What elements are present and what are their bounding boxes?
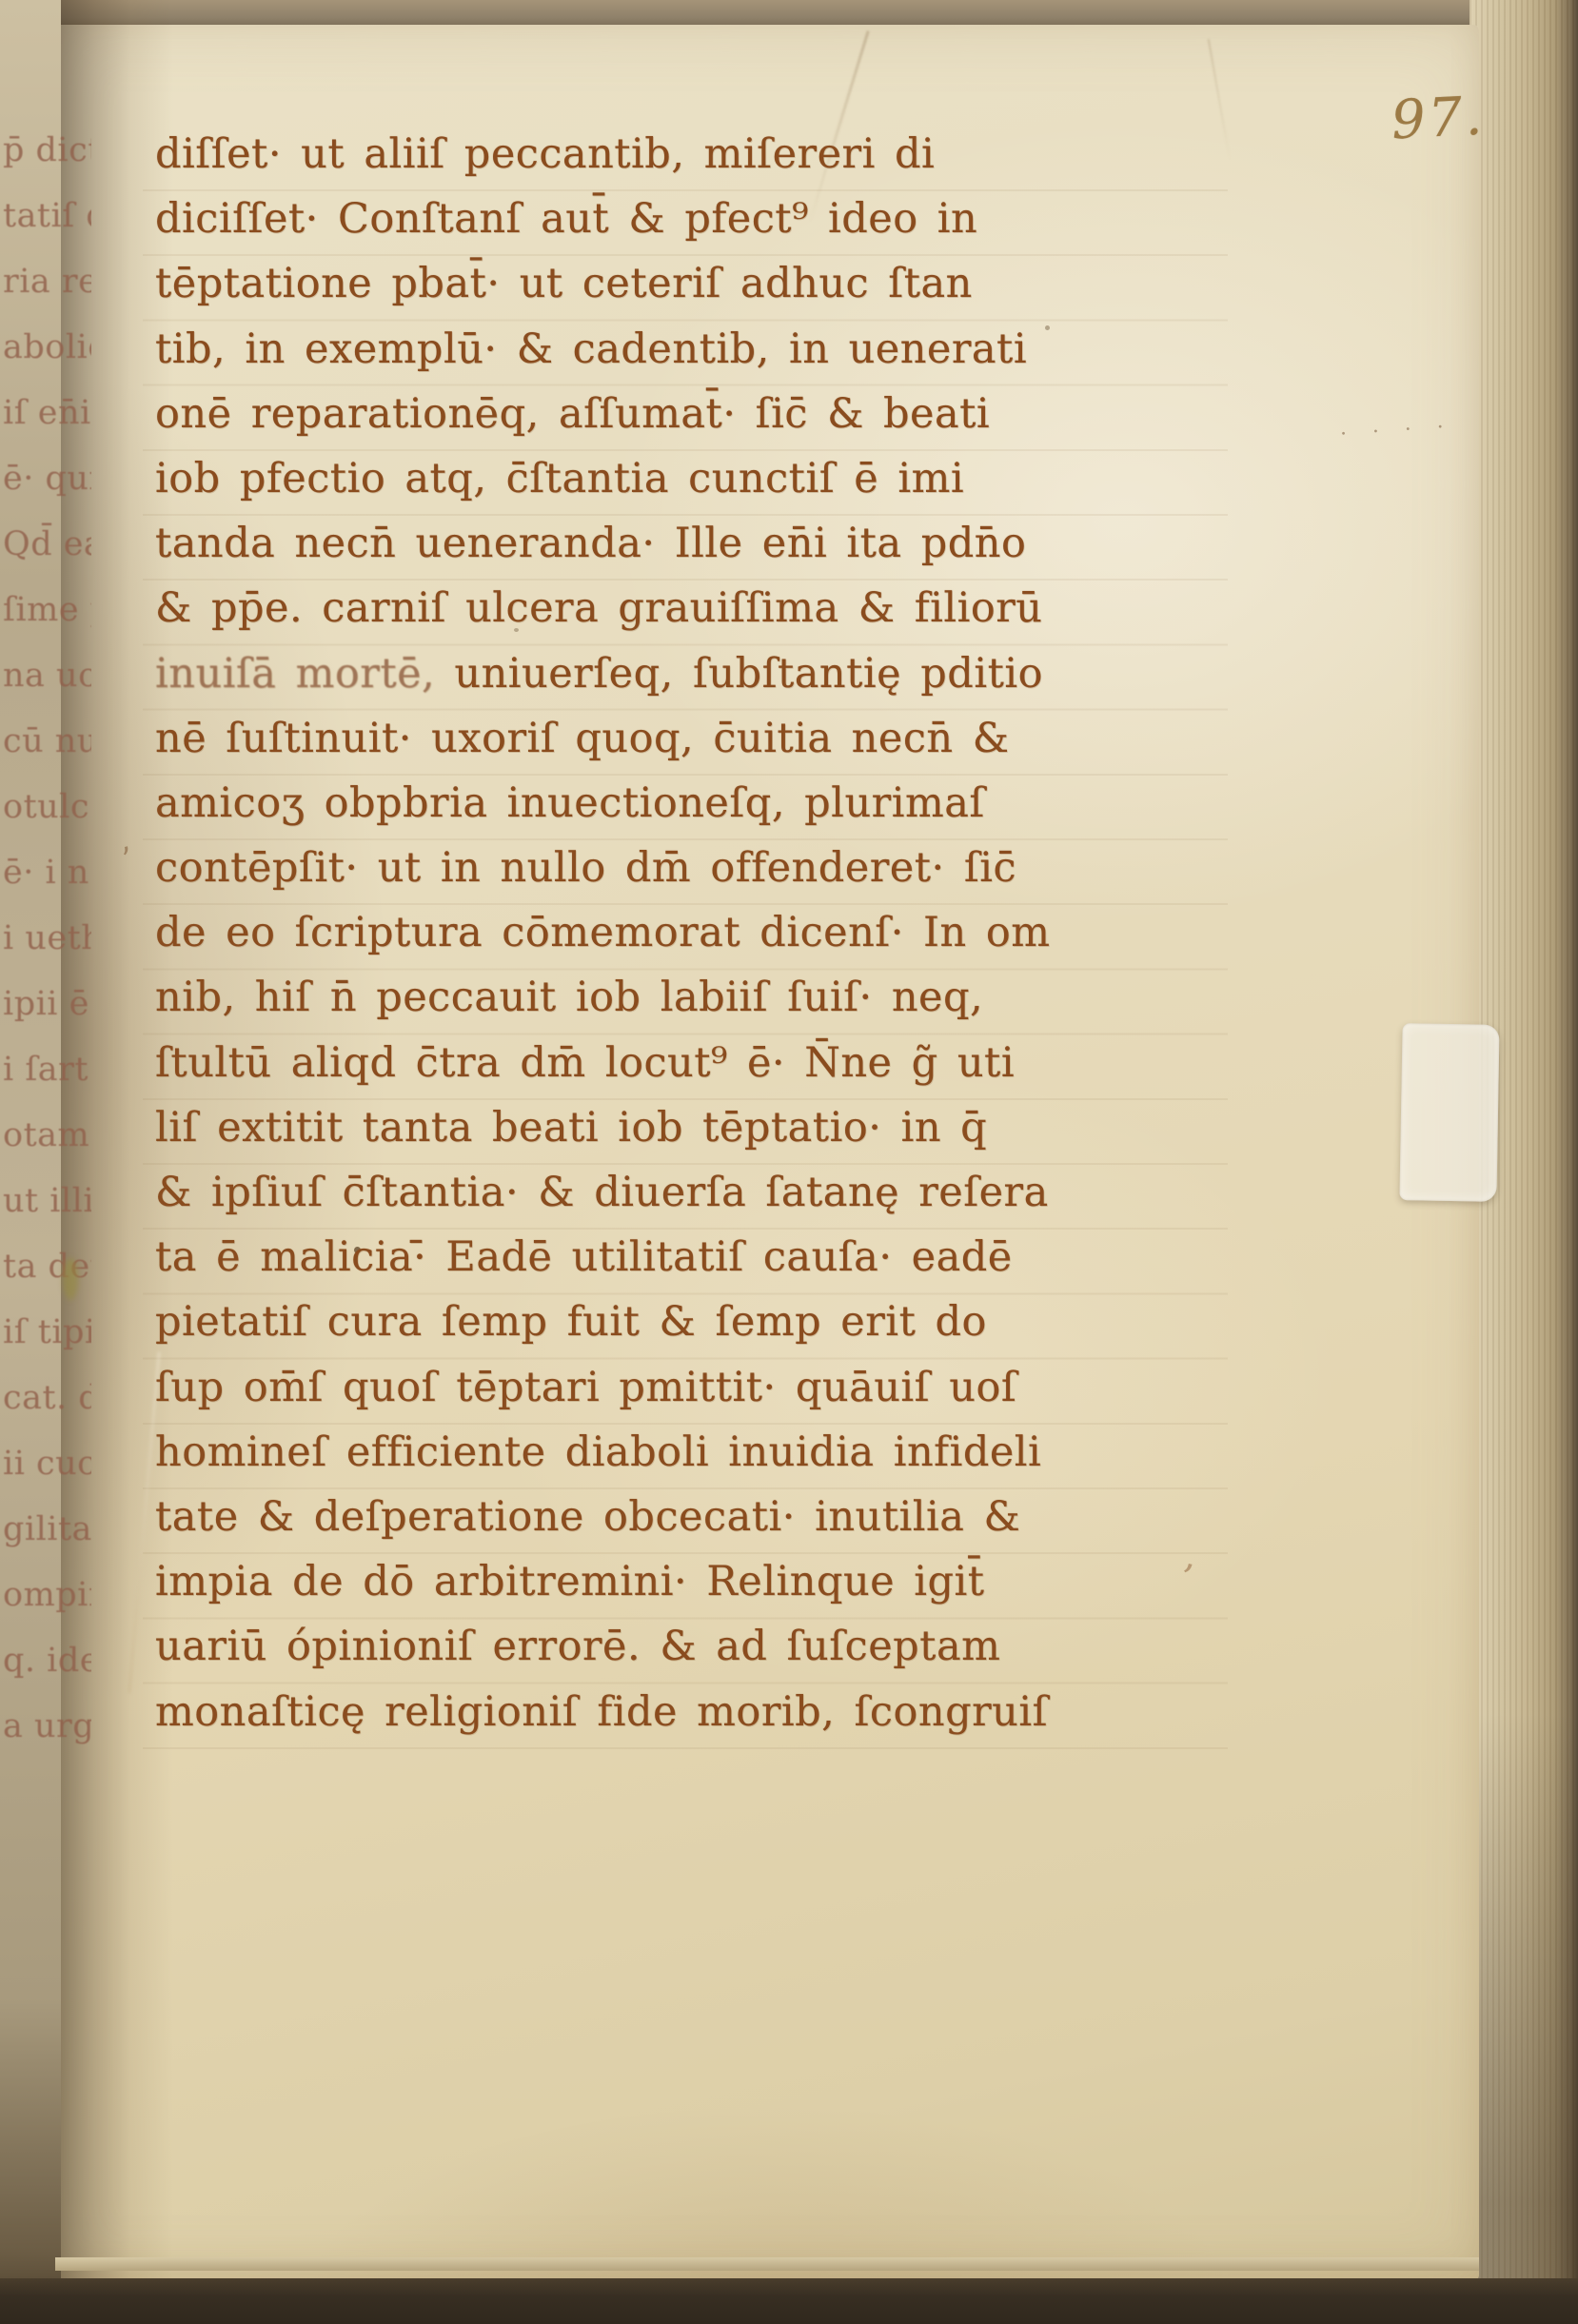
text-line: diciſſet· Conſtanſ aut̄ & pfect⁹ ideo in (155, 187, 1278, 251)
facing-page-fragment: abolica lib (3, 328, 91, 366)
text-line: contēpſit· ut in nullo dm̄ offenderet· ſ… (155, 836, 1278, 900)
fore-edge-shadow (1470, 1713, 1578, 2324)
facing-page-fragment: Qd̄ ean (3, 525, 91, 563)
text-line: nib, hiſ n̄ peccauit iob labiiſ ſuiſ· ne… (155, 965, 1278, 1030)
text-line: nē ſuſtinuit· uxoriſ quoq, c̄uitia necn̄… (155, 706, 1278, 771)
text-line: amicoʒ obpbria inuectioneſq, plurimaſ (155, 771, 1278, 836)
manuscript-scan: diſſet· ut aliiſ peccantib, miſereri did… (0, 0, 1578, 2324)
facing-page-fragment: cū nulla (3, 722, 91, 760)
facing-page-fragment: ē· quia ni (3, 460, 91, 498)
text-segment: tib, in exemplū· & cadentib, in uenerati (155, 325, 1027, 373)
facing-page-fragment: otulc (3, 788, 89, 826)
text-segment: nib, hiſ n̄ peccauit iob labiiſ ſuiſ· ne… (155, 974, 983, 1021)
facing-page-fragment: iſ tipi (3, 1313, 91, 1351)
text-segment: nē ſuſtinuit· uxoriſ quoq, c̄uitia necn̄… (155, 715, 1010, 762)
text-line: & ipſiuſ c̄ſtantia· & diuerſa ſatanę reſ… (155, 1160, 1278, 1225)
facing-page-text-fragments: p̄ dicta ſcrtatiſ diuneria reponabolica … (0, 131, 91, 1806)
text-segment: ta ē malicia·̄ Eadē utilitatiſ cauſa· ea… (155, 1233, 1013, 1281)
text-line: iob pfectio atq, c̄ſtantia cunctiſ ē imi (155, 446, 1278, 511)
text-line: tib, in exemplū· & cadentib, in uenerati (155, 317, 1278, 382)
text-line: ſup om̄ſ quoſ tēptari pmittit· quāuiſ uo… (155, 1355, 1278, 1420)
facing-page-fragment: otam (3, 1116, 89, 1154)
text-segment: uniuerſeq, ſubſtantię pditio (435, 650, 1043, 698)
facing-page-fragment: omping (3, 1576, 91, 1614)
text-segment: pietatiſ cura ſemp fuit & ſemp erit do (155, 1298, 987, 1346)
text-segment: tate & deſperatione obcecati· inutilia & (155, 1493, 1020, 1541)
text-segment: ſup om̄ſ quoſ tēptari pmittit· quāuiſ uo… (155, 1364, 1016, 1411)
text-line: ſtultū aliqd c̄tra dm̄ locut⁹ ē· N̄ne g̃… (155, 1031, 1278, 1095)
text-line: liſ extitit tanta beati iob tēptatio· in… (155, 1095, 1278, 1160)
text-segment: & pp̄e. carniſ ulcera grauiſſima & filio… (155, 584, 1043, 632)
folio-number: 97. (1390, 85, 1486, 151)
page-bottom-edge (55, 2257, 1479, 2271)
facing-page-fragment: ſime pil (3, 591, 91, 629)
facing-page-fragment: cat. de p (3, 1379, 91, 1417)
pigment-smudge (63, 1258, 78, 1300)
text-line: inuiſā mortē, uniuerſeq, ſubſtantię pdit… (155, 641, 1278, 706)
text-segment: & ipſiuſ c̄ſtantia· & diuerſa ſatanę reſ… (155, 1169, 1049, 1216)
facing-page-fragment: iſ en̄i null (3, 394, 91, 432)
text-segment: liſ extitit tanta beati iob tēptatio· in… (155, 1104, 987, 1152)
facing-page-fragment: ipii ē (3, 985, 89, 1023)
facing-page-fragment: q. ide (3, 1642, 91, 1680)
text-line: uariū ópinioniſ errorē. & ad ſuſceptam (155, 1614, 1278, 1679)
vellum-index-tab (1399, 1023, 1499, 1202)
text-line: onē reparationēq, aſſumat̄· ſic̄ & beati (155, 382, 1278, 446)
text-line: pietatiſ cura ſemp fuit & ſemp erit do (155, 1290, 1278, 1354)
text-segment: iob pfectio atq, c̄ſtantia cunctiſ ē imi (155, 455, 964, 502)
bottom-shadow-band (0, 2278, 1578, 2324)
text-segment: contēpſit· ut in nullo dm̄ offenderet· ſ… (155, 844, 1016, 892)
facing-page-fragment: ut illi (3, 1182, 91, 1220)
text-line: de eo ſcriptura cōmemorat dicenſ· In om (155, 900, 1278, 965)
text-line: homineſ efficiente diaboli inuidia infid… (155, 1420, 1278, 1485)
facing-page-fragment: tatiſ diune (3, 197, 91, 235)
manuscript-text-block: diſſet· ut aliiſ peccantib, miſereri did… (155, 122, 1278, 1744)
text-segment: diciſſet· Conſtanſ aut̄ & pfect⁹ ideo in (155, 195, 977, 243)
text-line: monaſticę religioniſ fide morib, ſcongru… (155, 1680, 1278, 1744)
text-line: & pp̄e. carniſ ulcera grauiſſima & filio… (155, 576, 1278, 640)
text-segment: monaſticę religioniſ fide morib, ſcongru… (155, 1688, 1048, 1736)
text-segment: tēptatione pbat̄· ut ceteriſ adhuc ſtan (155, 260, 973, 307)
text-line: tēptatione pbat̄· ut ceteriſ adhuc ſtan (155, 251, 1278, 316)
facing-page-fragment: ii cuct (3, 1445, 91, 1483)
text-segment: ſtultū aliqd c̄tra dm̄ locut⁹ ē· N̄ne g̃… (155, 1039, 1015, 1087)
facing-page-fragment: p̄ dicta ſcr (3, 131, 91, 169)
text-line: diſſet· ut aliiſ peccantib, miſereri di (155, 122, 1278, 187)
facing-page-fragment: i ſart (3, 1051, 89, 1089)
facing-page-fragment: na uote (3, 657, 91, 695)
faded-text-segment: inuiſā mortē, (155, 650, 435, 698)
text-line: ta ē malicia·̄ Eadē utilitatiſ cauſa· ea… (155, 1225, 1278, 1290)
text-line: tanda necn̄ ueneranda· Ille en̄i ita pdn… (155, 511, 1278, 576)
text-segment: impia de dō arbitremini· Relinque igit̄ (155, 1558, 985, 1605)
facing-page-fragment: gilita (3, 1510, 91, 1548)
text-line: impia de dō arbitremini· Relinque igit̄ (155, 1549, 1278, 1614)
text-segment: amicoʒ obpbria inuectioneſq, plurimaſ (155, 779, 985, 827)
text-segment: de eo ſcriptura cōmemorat dicenſ· In om (155, 909, 1051, 956)
text-segment: onē reparationēq, aſſumat̄· ſic̄ & beati (155, 390, 990, 438)
facing-page-fragment: ria repon (3, 263, 91, 301)
text-segment: homineſ efficiente diaboli inuidia infid… (155, 1428, 1041, 1476)
text-segment: uariū ópinioniſ errorē. & ad ſuſceptam (155, 1623, 1000, 1670)
facing-page-fragment: ta dete (3, 1248, 91, 1286)
facing-page-fragment: i ueth (3, 919, 91, 957)
text-segment: diſſet· ut aliiſ peccantib, miſereri di (155, 130, 935, 178)
text-segment: tanda necn̄ ueneranda· Ille en̄i ita pdn… (155, 520, 1026, 567)
facing-page-fragment: a urgent (3, 1707, 91, 1745)
facing-page-fragment: ē· i n (3, 854, 89, 892)
text-line: tate & deſperatione obcecati· inutilia & (155, 1485, 1278, 1549)
